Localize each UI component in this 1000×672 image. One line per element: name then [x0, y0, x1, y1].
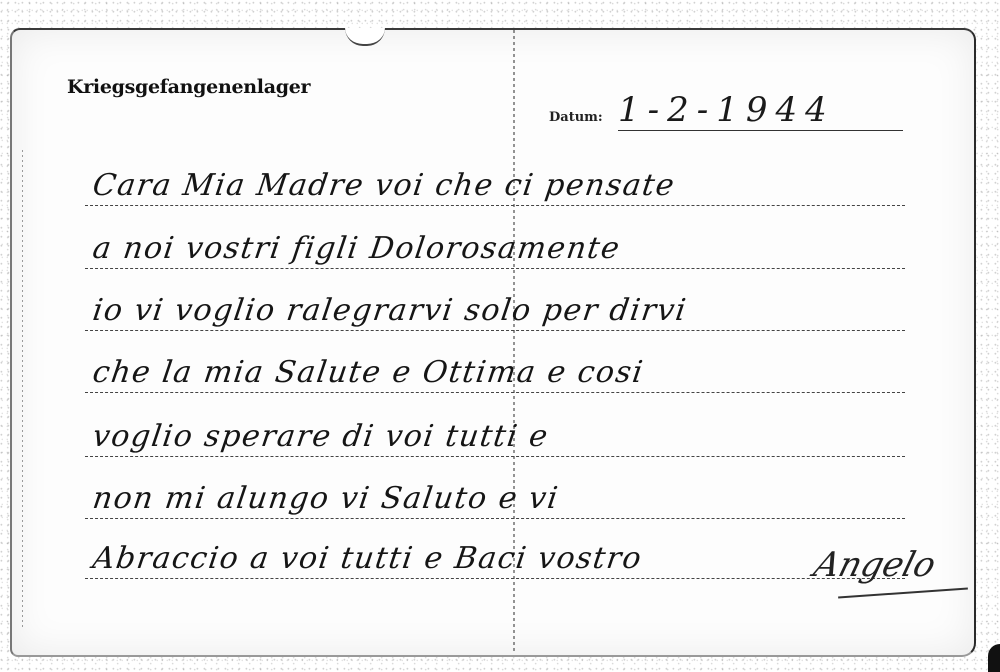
handwritten-text: Abraccio a voi tutti e Baci vostro: [91, 541, 645, 576]
writing-line-5: voglio sperare di voi tutti e: [85, 406, 905, 457]
printed-header-title: Kriegsgefangenenlager: [67, 76, 310, 98]
writing-line-3: io vi voglio ralegrarvi solo per dirvi: [85, 280, 905, 331]
writing-line-4: che la mia Salute e Ottima e cosi: [85, 342, 905, 393]
left-margin-line: [22, 150, 23, 630]
writing-line-6: non mi alungo vi Saluto e vi: [85, 468, 905, 519]
handwritten-text: voglio sperare di voi tutti e: [91, 419, 551, 454]
writing-line-7: Abraccio a voi tutti e Baci vostro: [85, 528, 905, 579]
signature: Angelo: [810, 545, 940, 585]
handwritten-text: io vi voglio ralegrarvi solo per dirvi: [91, 293, 690, 328]
handwritten-date: 1-2-1944: [618, 92, 903, 131]
date-label: Datum:: [549, 110, 603, 125]
writing-line-1: Cara Mia Madre voi che ci pensate: [85, 155, 905, 206]
handwritten-text: che la mia Salute e Ottima e cosi: [91, 355, 647, 390]
handwritten-text: non mi alungo vi Saluto e vi: [91, 481, 562, 516]
writing-line-2: a noi vostri figli Dolorosamente: [85, 218, 905, 269]
handwritten-text: Cara Mia Madre voi che ci pensate: [91, 168, 678, 203]
scan-corner-mark: [988, 644, 1000, 672]
handwritten-text: a noi vostri figli Dolorosamente: [91, 231, 623, 266]
